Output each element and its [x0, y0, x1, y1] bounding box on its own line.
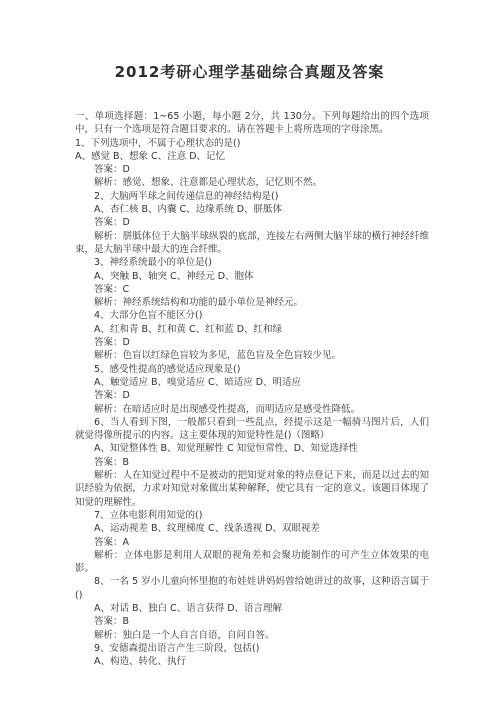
- answer-line: 答案：D: [75, 336, 429, 349]
- options-line: A、构造、转化、执行: [75, 655, 429, 668]
- options-line: A、触觉适应 B、嗅觉适应 C、暗适应 D、明适应: [75, 376, 429, 389]
- question-line: 7、立体电影利用知觉的(): [75, 509, 429, 522]
- answer-line: 答案：D: [75, 163, 429, 176]
- question-line: 3、神经系统最小的单位是(): [75, 256, 429, 269]
- explanation-line: 解析：人在知觉过程中不是被动的把知觉对象的特点登记下来，而是以过去的知识经验为依…: [75, 469, 429, 509]
- options-line: A、红和青 B、红和黄 C、红和蓝 D、红和绿: [75, 323, 429, 336]
- options-line: A、感觉 B、想象 C、注意 D、记忆: [75, 150, 429, 163]
- options-line: A、突触 B、轴突 C、神经元 D、胞体: [75, 270, 429, 283]
- answer-line: 答案：D: [75, 389, 429, 402]
- section-intro-line: 一、单项选择题：1~65 小题，每小题 2分，共 130分。下列每题给出的四个选…: [75, 110, 429, 137]
- options-line: A、对话 B、独白 C、语言获得 D、语言理解: [75, 602, 429, 615]
- question-line: 5、感受性提高的感觉适应现象是(): [75, 363, 429, 376]
- document-body: 一、单项选择题：1~65 小题，每小题 2分，共 130分。下列每题给出的四个选…: [75, 110, 429, 668]
- question-line: 4、大部分色盲不能区分(): [75, 309, 429, 322]
- explanation-line: 解析：胼胝体位于大脑半球纵裂的底部，连接左右两侧大脑半球的横行神经纤维束，是大脑…: [75, 230, 429, 257]
- document-title: 2012考研心理学基础综合真题及答案: [0, 0, 499, 82]
- explanation-line: 解析：立体电影是利用人双眼的视角差和会聚功能制作的可产生立体效果的电影。: [75, 549, 429, 576]
- question-line: 1、下列选项中，不属于心理状态的是(): [75, 137, 429, 150]
- options-line: A、知觉整体性 B、知觉理解性 C 知觉恒常性、D、知觉选择性: [75, 442, 429, 455]
- answer-line: 答案：B: [75, 456, 429, 469]
- explanation-line: 解析：独白是一个人自言自语，自问自答。: [75, 629, 429, 642]
- answer-line: 答案：C: [75, 283, 429, 296]
- options-line: A、杏仁核 B、内囊 C、边缘系统 D、胼胝体: [75, 203, 429, 216]
- answer-line: 答案：D: [75, 216, 429, 229]
- question-line: 6、当人看到下图，一般都只看到一些乱点，经提示这是一幅骑马图片后，人们就觉得像所…: [75, 416, 429, 443]
- answer-line: 答案：A: [75, 536, 429, 549]
- question-line: 8、一名 5 岁小儿童向怀里抱的布娃娃讲妈妈曾给她讲过的故事，这种语言属于(): [75, 575, 429, 602]
- explanation-line: 解析：色盲以红绿色盲较为多见，蓝色盲及全色盲较少见。: [75, 349, 429, 362]
- explanation-line: 解析：在暗适应时是出现感受性提高，而明适应是感受性降低。: [75, 403, 429, 416]
- explanation-line: 解析：感觉、想象、注意都是心理状态，记忆则不然。: [75, 176, 429, 189]
- document-page: 2012考研心理学基础综合真题及答案 一、单项选择题：1~65 小题，每小题 2…: [0, 0, 499, 706]
- answer-line: 答案：B: [75, 615, 429, 628]
- explanation-line: 解析：神经系统结构和功能的最小单位是神经元。: [75, 296, 429, 309]
- question-line: 9、安德森提出语言产生三阶段，包括(): [75, 642, 429, 655]
- question-line: 2、大脑两半球之间传递信息的神经结构是(): [75, 190, 429, 203]
- options-line: A、运动视差 B、纹理梯度 C、线条透视 D、双眼视差: [75, 522, 429, 535]
